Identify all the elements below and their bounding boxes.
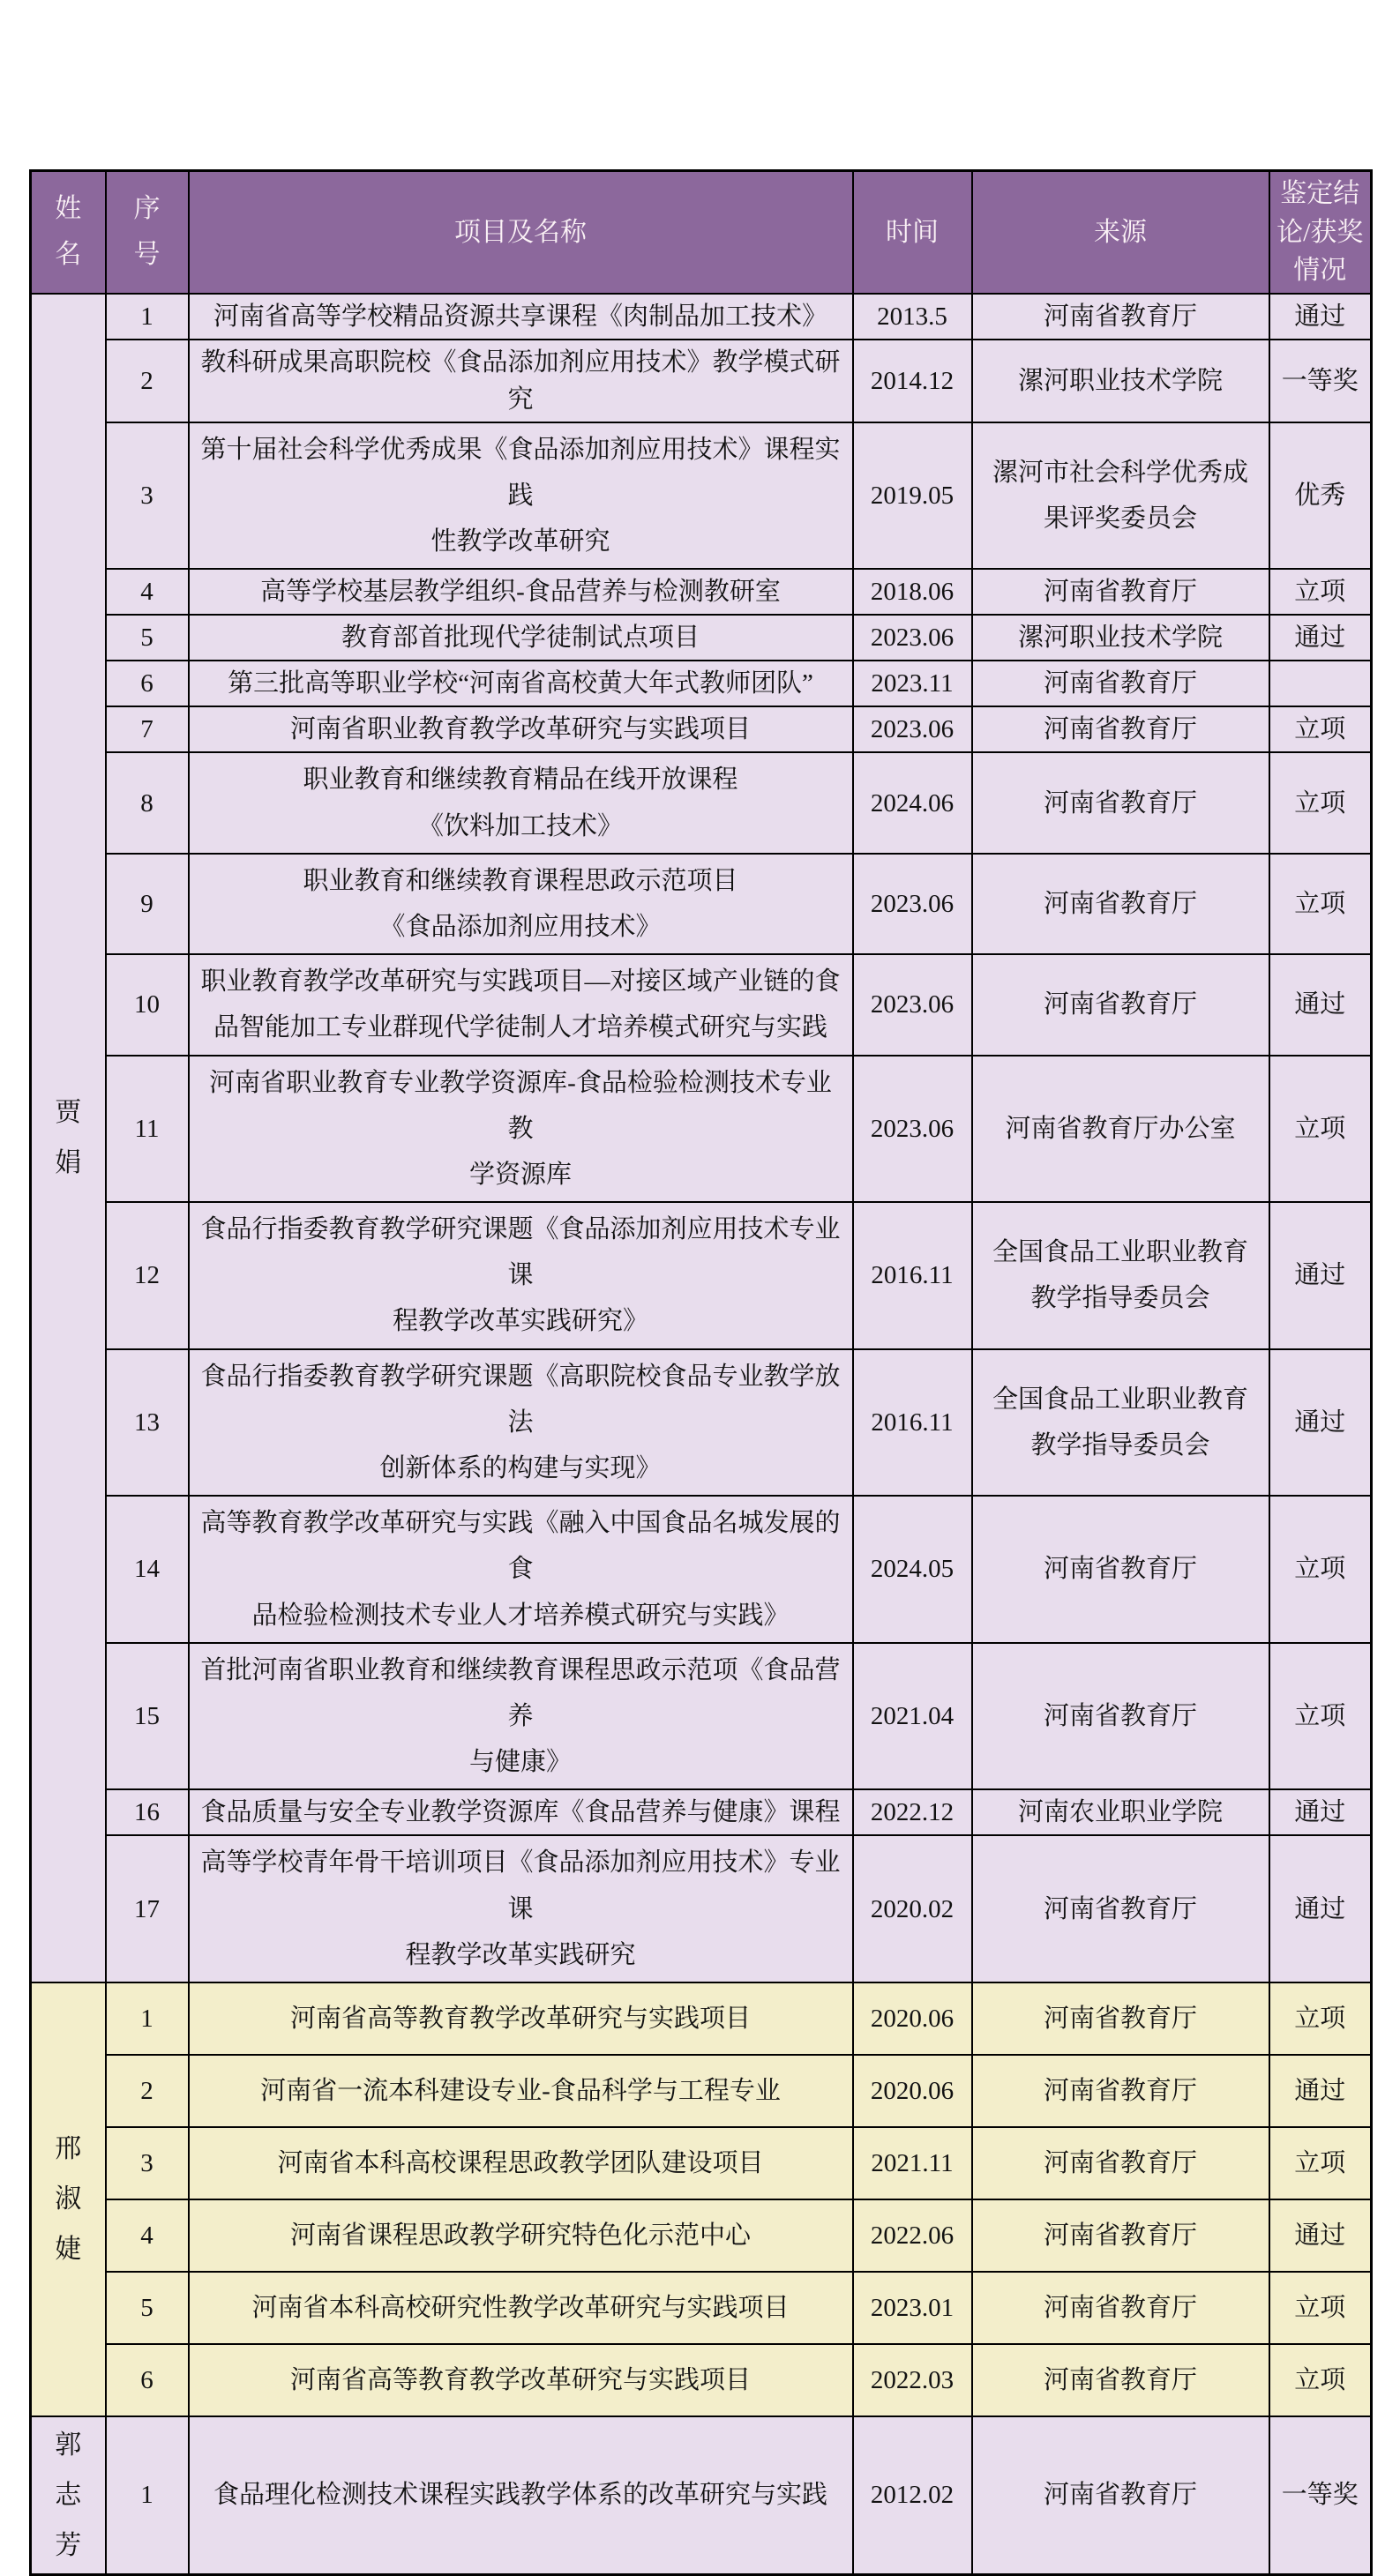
table-row: 7河南省职业教育教学改革研究与实践项目2023.06河南省教育厅立项 bbox=[31, 706, 1372, 752]
result-cell: 立项 bbox=[1269, 2272, 1372, 2344]
row-number-cell: 12 bbox=[106, 1202, 189, 1349]
row-number-cell: 9 bbox=[106, 854, 189, 954]
result-cell: 通过 bbox=[1269, 1349, 1372, 1497]
row-number-cell: 13 bbox=[106, 1349, 189, 1497]
row-number-cell: 1 bbox=[106, 294, 189, 340]
project-name-cell: 河南省一流本科建设专业-食品科学与工程专业 bbox=[189, 2055, 853, 2127]
source-cell: 河南省教育厅 bbox=[972, 2127, 1269, 2199]
project-name-cell: 河南省高等学校精品资源共享课程《肉制品加工技术》 bbox=[189, 294, 853, 340]
source-cell: 漯河职业技术学院 bbox=[972, 615, 1269, 661]
table-row: 15首批河南省职业教育和继续教育课程思政示范项《食品营养 与健康》2021.04… bbox=[31, 1643, 1372, 1790]
time-cell: 2013.5 bbox=[853, 294, 972, 340]
time-cell: 2023.06 bbox=[853, 854, 972, 954]
row-number-cell: 6 bbox=[106, 661, 189, 706]
header-name-label: 姓名 bbox=[55, 186, 83, 279]
table-row: 13食品行指委教育教学研究课题《高职院校食品专业教学放法 创新体系的构建与实现》… bbox=[31, 1349, 1372, 1497]
header-number-label: 序号 bbox=[133, 186, 161, 279]
source-cell: 河南省教育厅 bbox=[972, 661, 1269, 706]
time-cell: 2016.11 bbox=[853, 1202, 972, 1349]
table-row: 郭志芳1食品理化检测技术课程实践教学体系的改革研究与实践2012.02河南省教育… bbox=[31, 2416, 1372, 2575]
result-cell: 立项 bbox=[1269, 1643, 1372, 1790]
project-name-cell: 河南省职业教育专业教学资源库-食品检验检测技术专业教 学资源库 bbox=[189, 1056, 853, 1203]
row-number-cell: 2 bbox=[106, 2055, 189, 2127]
row-number-cell: 1 bbox=[106, 2416, 189, 2575]
project-name-cell: 食品行指委教育教学研究课题《高职院校食品专业教学放法 创新体系的构建与实现》 bbox=[189, 1349, 853, 1497]
source-cell: 河南省教育厅 bbox=[972, 294, 1269, 340]
project-name-cell: 教育部首批现代学徒制试点项目 bbox=[189, 615, 853, 661]
project-name-cell: 首批河南省职业教育和继续教育课程思政示范项《食品营养 与健康》 bbox=[189, 1643, 853, 1790]
time-cell: 2018.06 bbox=[853, 569, 972, 615]
result-cell: 通过 bbox=[1269, 2199, 1372, 2272]
source-cell: 漯河市社会科学优秀成 果评奖委员会 bbox=[972, 422, 1269, 570]
person-name-cell: 邢淑婕 bbox=[31, 1982, 106, 2416]
row-number-cell: 3 bbox=[106, 422, 189, 570]
header-project: 项目及名称 bbox=[189, 171, 853, 294]
result-cell: 优秀 bbox=[1269, 422, 1372, 570]
result-cell: 一等奖 bbox=[1269, 340, 1372, 422]
time-cell: 2020.02 bbox=[853, 1835, 972, 1982]
result-cell: 一等奖 bbox=[1269, 2416, 1372, 2575]
header-number: 序号 bbox=[106, 171, 189, 294]
row-number-cell: 4 bbox=[106, 569, 189, 615]
source-cell: 河南省教育厅 bbox=[972, 1496, 1269, 1643]
person-name-cell: 贾娟 bbox=[31, 294, 106, 1982]
source-cell: 河南省教育厅 bbox=[972, 2416, 1269, 2575]
result-cell: 立项 bbox=[1269, 854, 1372, 954]
result-cell: 立项 bbox=[1269, 2127, 1372, 2199]
result-cell: 通过 bbox=[1269, 615, 1372, 661]
row-number-cell: 8 bbox=[106, 752, 189, 853]
table-body: 贾娟1河南省高等学校精品资源共享课程《肉制品加工技术》2013.5河南省教育厅通… bbox=[31, 294, 1372, 2575]
person-name: 邢淑婕 bbox=[55, 2124, 83, 2274]
table-row: 16食品质量与安全专业教学资源库《食品营养与健康》课程2022.12河南农业职业… bbox=[31, 1789, 1372, 1835]
source-cell: 河南省教育厅 bbox=[972, 2199, 1269, 2272]
project-name-cell: 职业教育和继续教育课程思政示范项目 《食品添加剂应用技术》 bbox=[189, 854, 853, 954]
project-name-cell: 河南省职业教育教学改革研究与实践项目 bbox=[189, 706, 853, 752]
time-cell: 2023.06 bbox=[853, 706, 972, 752]
table-row: 12食品行指委教育教学研究课题《食品添加剂应用技术专业课 程教学改革实践研究》2… bbox=[31, 1202, 1372, 1349]
project-name-cell: 河南省高等教育教学改革研究与实践项目 bbox=[189, 1982, 853, 2055]
source-cell: 河南农业职业学院 bbox=[972, 1789, 1269, 1835]
source-cell: 河南省教育厅 bbox=[972, 2272, 1269, 2344]
row-number-cell: 6 bbox=[106, 2344, 189, 2416]
result-cell: 通过 bbox=[1269, 954, 1372, 1055]
time-cell: 2023.06 bbox=[853, 615, 972, 661]
table-row: 4河南省课程思政教学研究特色化示范中心2022.06河南省教育厅通过 bbox=[31, 2199, 1372, 2272]
project-name-cell: 河南省高等教育教学改革研究与实践项目 bbox=[189, 2344, 853, 2416]
row-number-cell: 5 bbox=[106, 2272, 189, 2344]
table-row: 5河南省本科高校研究性教学改革研究与实践项目2023.01河南省教育厅立项 bbox=[31, 2272, 1372, 2344]
result-cell: 通过 bbox=[1269, 2055, 1372, 2127]
result-cell: 通过 bbox=[1269, 1835, 1372, 1982]
time-cell: 2021.11 bbox=[853, 2127, 972, 2199]
source-cell: 河南省教育厅 bbox=[972, 2055, 1269, 2127]
source-cell: 河南省教育厅 bbox=[972, 1982, 1269, 2055]
source-cell: 河南省教育厅 bbox=[972, 569, 1269, 615]
result-cell: 通过 bbox=[1269, 1202, 1372, 1349]
project-name-cell: 第三批高等职业学校“河南省高校黄大年式教师团队” bbox=[189, 661, 853, 706]
project-name-cell: 食品质量与安全专业教学资源库《食品营养与健康》课程 bbox=[189, 1789, 853, 1835]
header-time: 时间 bbox=[853, 171, 972, 294]
table-row: 邢淑婕1河南省高等教育教学改革研究与实践项目2020.06河南省教育厅立项 bbox=[31, 1982, 1372, 2055]
project-name-cell: 职业教育和继续教育精品在线开放课程 《饮料加工技术》 bbox=[189, 752, 853, 853]
header-row: 姓名 序号 项目及名称 时间 来源 鉴定结论/获奖情况 bbox=[31, 171, 1372, 294]
time-cell: 2016.11 bbox=[853, 1349, 972, 1497]
source-cell: 河南省教育厅 bbox=[972, 706, 1269, 752]
row-number-cell: 16 bbox=[106, 1789, 189, 1835]
table-row: 3第十届社会科学优秀成果《食品添加剂应用技术》课程实践 性教学改革研究2019.… bbox=[31, 422, 1372, 570]
row-number-cell: 11 bbox=[106, 1056, 189, 1203]
source-cell: 河南省教育厅 bbox=[972, 2344, 1269, 2416]
header-result: 鉴定结论/获奖情况 bbox=[1269, 171, 1372, 294]
project-name-cell: 高等学校基层教学组织-食品营养与检测教研室 bbox=[189, 569, 853, 615]
time-cell: 2023.11 bbox=[853, 661, 972, 706]
source-cell: 河南省教育厅 bbox=[972, 752, 1269, 853]
projects-table: 姓名 序号 项目及名称 时间 来源 鉴定结论/获奖情况 贾娟1河南省高等学校精品… bbox=[29, 169, 1373, 2576]
result-cell: 立项 bbox=[1269, 2344, 1372, 2416]
row-number-cell: 5 bbox=[106, 615, 189, 661]
row-number-cell: 1 bbox=[106, 1982, 189, 2055]
project-name-cell: 高等教育教学改革研究与实践《融入中国食品名城发展的食 品检验检测技术专业人才培养… bbox=[189, 1496, 853, 1643]
result-cell: 立项 bbox=[1269, 752, 1372, 853]
row-number-cell: 10 bbox=[106, 954, 189, 1055]
source-cell: 河南省教育厅办公室 bbox=[972, 1056, 1269, 1203]
time-cell: 2022.06 bbox=[853, 2199, 972, 2272]
source-cell: 河南省教育厅 bbox=[972, 1835, 1269, 1982]
result-cell: 通过 bbox=[1269, 294, 1372, 340]
project-name-cell: 教科研成果高职院校《食品添加剂应用技术》教学模式研究 bbox=[189, 340, 853, 422]
project-name-cell: 第十届社会科学优秀成果《食品添加剂应用技术》课程实践 性教学改革研究 bbox=[189, 422, 853, 570]
header-name: 姓名 bbox=[31, 171, 106, 294]
table-row: 8职业教育和继续教育精品在线开放课程 《饮料加工技术》2024.06河南省教育厅… bbox=[31, 752, 1372, 853]
table-row: 5教育部首批现代学徒制试点项目2023.06漯河职业技术学院通过 bbox=[31, 615, 1372, 661]
time-cell: 2021.04 bbox=[853, 1643, 972, 1790]
table-row: 9职业教育和继续教育课程思政示范项目 《食品添加剂应用技术》2023.06河南省… bbox=[31, 854, 1372, 954]
time-cell: 2022.12 bbox=[853, 1789, 972, 1835]
project-name-cell: 食品行指委教育教学研究课题《食品添加剂应用技术专业课 程教学改革实践研究》 bbox=[189, 1202, 853, 1349]
project-name-cell: 河南省课程思政教学研究特色化示范中心 bbox=[189, 2199, 853, 2272]
time-cell: 2014.12 bbox=[853, 340, 972, 422]
source-cell: 河南省教育厅 bbox=[972, 854, 1269, 954]
row-number-cell: 14 bbox=[106, 1496, 189, 1643]
result-cell: 立项 bbox=[1269, 1982, 1372, 2055]
time-cell: 2024.05 bbox=[853, 1496, 972, 1643]
row-number-cell: 4 bbox=[106, 2199, 189, 2272]
source-cell: 全国食品工业职业教育 教学指导委员会 bbox=[972, 1349, 1269, 1497]
table-row: 10职业教育教学改革研究与实践项目—对接区域产业链的食 品智能加工专业群现代学徒… bbox=[31, 954, 1372, 1055]
table-header: 姓名 序号 项目及名称 时间 来源 鉴定结论/获奖情况 bbox=[31, 171, 1372, 294]
source-cell: 河南省教育厅 bbox=[972, 954, 1269, 1055]
table-row: 6第三批高等职业学校“河南省高校黄大年式教师团队”2023.11河南省教育厅 bbox=[31, 661, 1372, 706]
source-cell: 漯河职业技术学院 bbox=[972, 340, 1269, 422]
row-number-cell: 17 bbox=[106, 1835, 189, 1982]
time-cell: 2020.06 bbox=[853, 2055, 972, 2127]
project-name-cell: 高等学校青年骨干培训项目《食品添加剂应用技术》专业课 程教学改革实践研究 bbox=[189, 1835, 853, 1982]
result-cell: 立项 bbox=[1269, 1056, 1372, 1203]
project-name-cell: 食品理化检测技术课程实践教学体系的改革研究与实践 bbox=[189, 2416, 853, 2575]
header-source: 来源 bbox=[972, 171, 1269, 294]
project-name-cell: 职业教育教学改革研究与实践项目—对接区域产业链的食 品智能加工专业群现代学徒制人… bbox=[189, 954, 853, 1055]
row-number-cell: 15 bbox=[106, 1643, 189, 1790]
table-row: 14高等教育教学改革研究与实践《融入中国食品名城发展的食 品检验检测技术专业人才… bbox=[31, 1496, 1372, 1643]
row-number-cell: 3 bbox=[106, 2127, 189, 2199]
table-row: 11河南省职业教育专业教学资源库-食品检验检测技术专业教 学资源库2023.06… bbox=[31, 1056, 1372, 1203]
source-cell: 全国食品工业职业教育 教学指导委员会 bbox=[972, 1202, 1269, 1349]
row-number-cell: 2 bbox=[106, 340, 189, 422]
table-row: 2河南省一流本科建设专业-食品科学与工程专业2020.06河南省教育厅通过 bbox=[31, 2055, 1372, 2127]
table-row: 贾娟1河南省高等学校精品资源共享课程《肉制品加工技术》2013.5河南省教育厅通… bbox=[31, 294, 1372, 340]
source-cell: 河南省教育厅 bbox=[972, 1643, 1269, 1790]
result-cell: 立项 bbox=[1269, 706, 1372, 752]
time-cell: 2023.01 bbox=[853, 2272, 972, 2344]
result-cell bbox=[1269, 661, 1372, 706]
table-row: 3河南省本科高校课程思政教学团队建设项目2021.11河南省教育厅立项 bbox=[31, 2127, 1372, 2199]
time-cell: 2024.06 bbox=[853, 752, 972, 853]
time-cell: 2019.05 bbox=[853, 422, 972, 570]
row-number-cell: 7 bbox=[106, 706, 189, 752]
table-row: 4高等学校基层教学组织-食品营养与检测教研室2018.06河南省教育厅立项 bbox=[31, 569, 1372, 615]
table-row: 17高等学校青年骨干培训项目《食品添加剂应用技术》专业课 程教学改革实践研究20… bbox=[31, 1835, 1372, 1982]
projects-table-container: 姓名 序号 项目及名称 时间 来源 鉴定结论/获奖情况 贾娟1河南省高等学校精品… bbox=[29, 169, 1370, 2576]
time-cell: 2020.06 bbox=[853, 1982, 972, 2055]
result-cell: 通过 bbox=[1269, 1789, 1372, 1835]
time-cell: 2022.03 bbox=[853, 2344, 972, 2416]
table-row: 2教科研成果高职院校《食品添加剂应用技术》教学模式研究2014.12漯河职业技术… bbox=[31, 340, 1372, 422]
result-cell: 立项 bbox=[1269, 1496, 1372, 1643]
person-name: 贾娟 bbox=[55, 1087, 83, 1188]
result-cell: 立项 bbox=[1269, 569, 1372, 615]
time-cell: 2012.02 bbox=[853, 2416, 972, 2575]
project-name-cell: 河南省本科高校研究性教学改革研究与实践项目 bbox=[189, 2272, 853, 2344]
person-name: 郭志芳 bbox=[55, 2420, 83, 2571]
person-name-cell: 郭志芳 bbox=[31, 2416, 106, 2575]
table-row: 6河南省高等教育教学改革研究与实践项目2022.03河南省教育厅立项 bbox=[31, 2344, 1372, 2416]
project-name-cell: 河南省本科高校课程思政教学团队建设项目 bbox=[189, 2127, 853, 2199]
time-cell: 2023.06 bbox=[853, 1056, 972, 1203]
time-cell: 2023.06 bbox=[853, 954, 972, 1055]
